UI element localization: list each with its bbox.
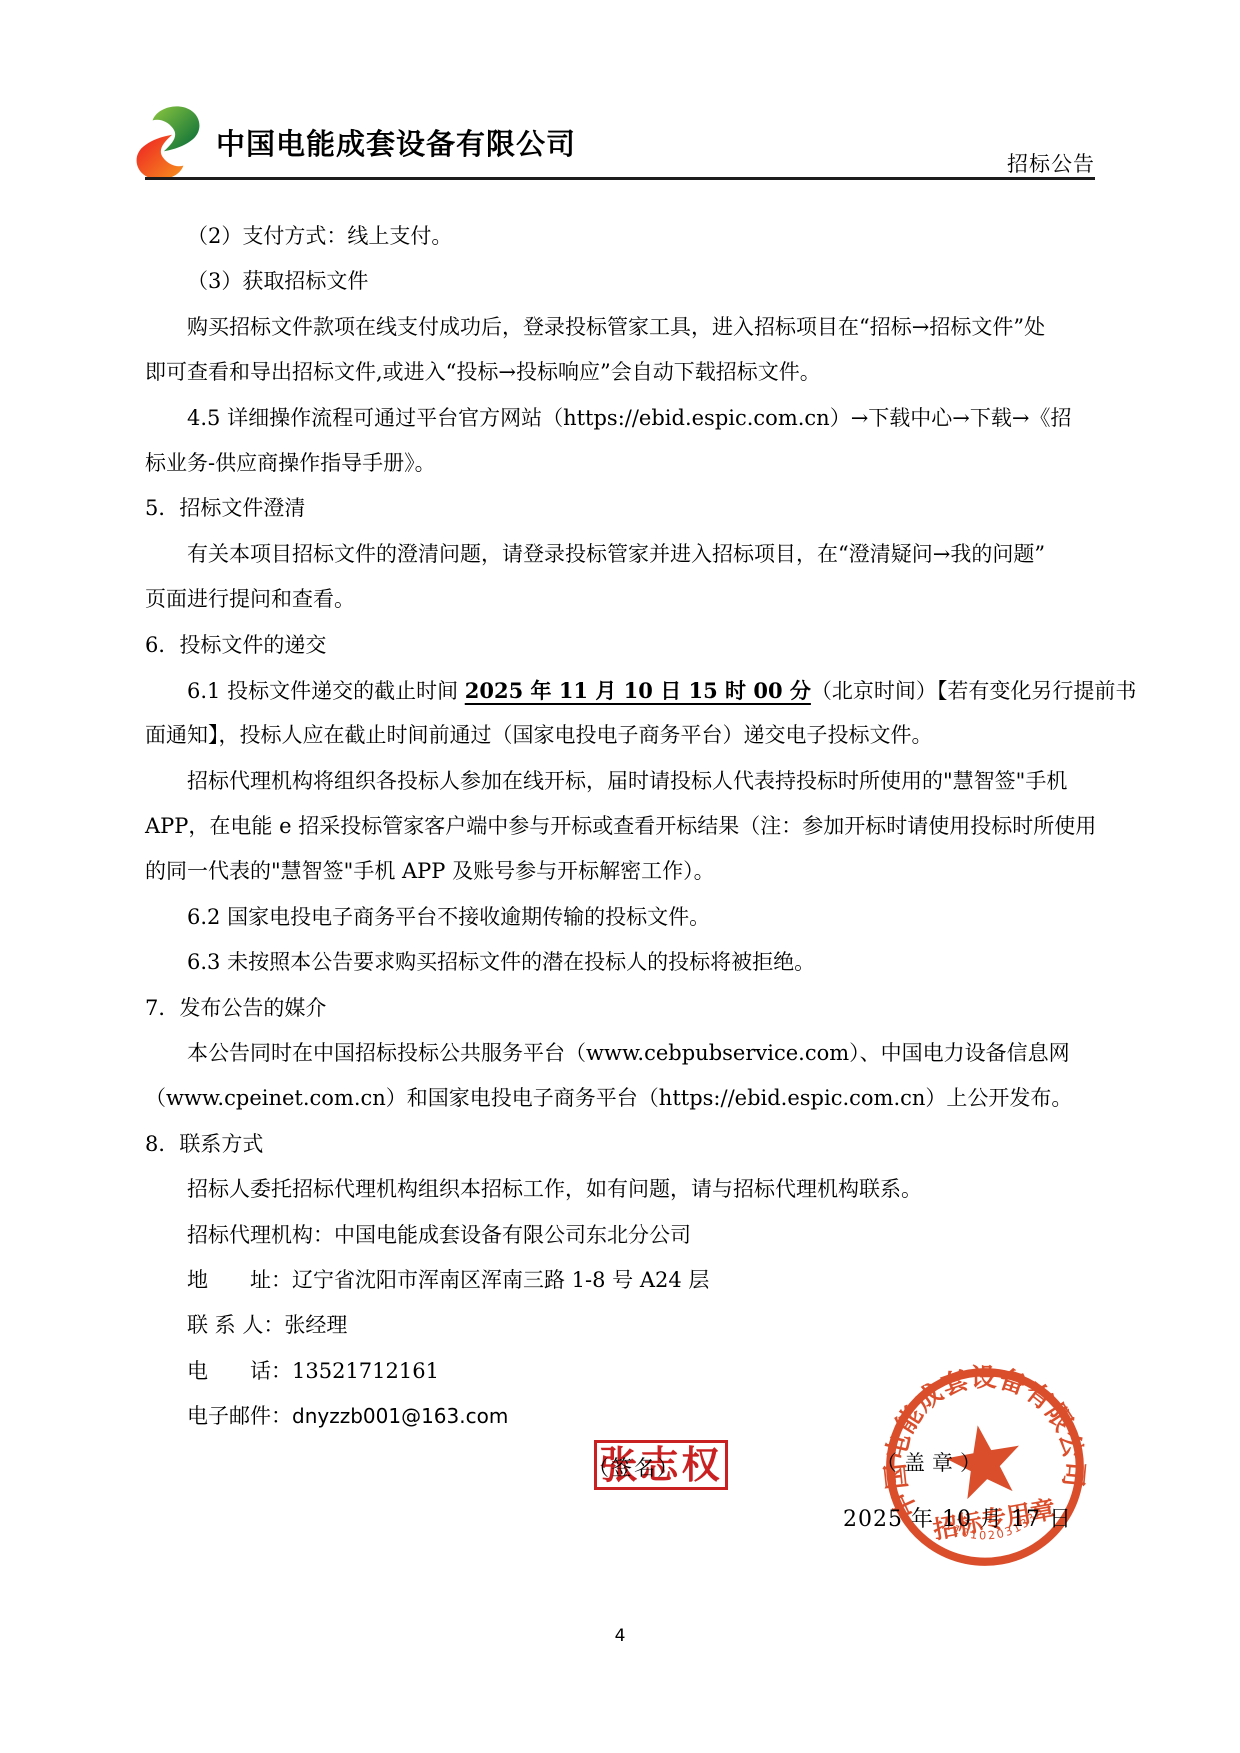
doc-line: 招标人委托招标代理机构组织本招标工作，如有问题，请与招标代理机构联系。 bbox=[145, 1167, 1099, 1212]
doc-line: APP，在电能 e 招采投标管家客户端中参与开标或查看开标结果（注：参加开标时请… bbox=[145, 804, 1099, 849]
section-heading-submission: 6．投标文件的递交 bbox=[145, 623, 1099, 668]
doc-line: 4.5 详细操作流程可通过平台官方网站（https://ebid.espic.c… bbox=[145, 396, 1099, 441]
doc-line: 即可查看和导出招标文件,或进入“投标→投标响应”会自动下载招标文件。 bbox=[145, 350, 1099, 395]
doc-line: （2）支付方式：线上支付。 bbox=[145, 214, 1099, 259]
doc-line: 标业务-供应商操作指导手册》。 bbox=[145, 441, 1099, 486]
doc-type-label: 招标公告 bbox=[145, 148, 1095, 178]
doc-line: 有关本项目招标文件的澄清问题，请登录投标管家并进入招标项目，在“澄清疑问→我的问… bbox=[145, 532, 1099, 577]
deadline-date: 2025 年 11 月 10 日 15 时 00 分 bbox=[465, 678, 811, 703]
section-heading-contact: 8．联系方式 bbox=[145, 1122, 1099, 1167]
doc-line: 6.3 未按照本公告要求购买招标文件的潜在投标人的投标将被拒绝。 bbox=[145, 940, 1099, 985]
company-seal-stamp: 中国电能成套设备有限公司 招标专用章 110102031336 bbox=[866, 1348, 1105, 1587]
page-number: 4 bbox=[0, 1626, 1240, 1646]
email-label: 电子邮件： bbox=[187, 1404, 292, 1428]
email-value: dnyzzb001@163.com bbox=[292, 1404, 508, 1428]
doc-line: （3）获取招标文件 bbox=[145, 259, 1099, 304]
contact-person-line: 联 系 人：张经理 bbox=[145, 1303, 1099, 1348]
doc-line: 购买招标文件款项在线支付成功后，登录投标管家工具，进入招标项目在“招标→招标文件… bbox=[145, 305, 1099, 350]
deadline-pre: 6.1 投标文件递交的截止时间 bbox=[187, 679, 465, 703]
deadline-post: （北京时间）【若有变化另行提前书 bbox=[811, 679, 1137, 703]
seal-star-icon bbox=[941, 1419, 1027, 1502]
signer-name-stamp: 张志权 bbox=[594, 1440, 728, 1490]
section-heading-clarification: 5．招标文件澄清 bbox=[145, 486, 1099, 531]
document-page: 中国电能成套设备有限公司 招标公告 （2）支付方式：线上支付。 （3）获取招标文… bbox=[0, 0, 1240, 1753]
document-body: （2）支付方式：线上支付。 （3）获取招标文件 购买招标文件款项在线支付成功后，… bbox=[145, 214, 1099, 1440]
doc-line: （www.cpeinet.com.cn）和国家电投电子商务平台（https://… bbox=[145, 1076, 1099, 1121]
deadline-line: 6.1 投标文件递交的截止时间 2025 年 11 月 10 日 15 时 00… bbox=[145, 668, 1099, 713]
doc-line: 6.2 国家电投电子商务平台不接收逾期传输的投标文件。 bbox=[145, 895, 1099, 940]
section-heading-media: 7．发布公告的媒介 bbox=[145, 986, 1099, 1031]
address-line: 地 址：辽宁省沈阳市浑南区浑南三路 1-8 号 A24 层 bbox=[145, 1258, 1099, 1303]
doc-line: 招标代理机构将组织各投标人参加在线开标，届时请投标人代表持投标时所使用的"慧智签… bbox=[145, 759, 1099, 804]
doc-line: 的同一代表的"慧智签"手机 APP 及账号参与开标解密工作）。 bbox=[145, 849, 1099, 894]
doc-line: 本公告同时在中国招标投标公共服务平台（www.cebpubservice.com… bbox=[145, 1031, 1099, 1076]
agency-line: 招标代理机构：中国电能成套设备有限公司东北分公司 bbox=[145, 1213, 1099, 1258]
doc-line: 页面进行提问和查看。 bbox=[145, 577, 1099, 622]
header-divider bbox=[145, 177, 1095, 180]
doc-line: 面通知】，投标人应在截止时间前通过（国家电投电子商务平台）递交电子投标文件。 bbox=[145, 713, 1099, 758]
